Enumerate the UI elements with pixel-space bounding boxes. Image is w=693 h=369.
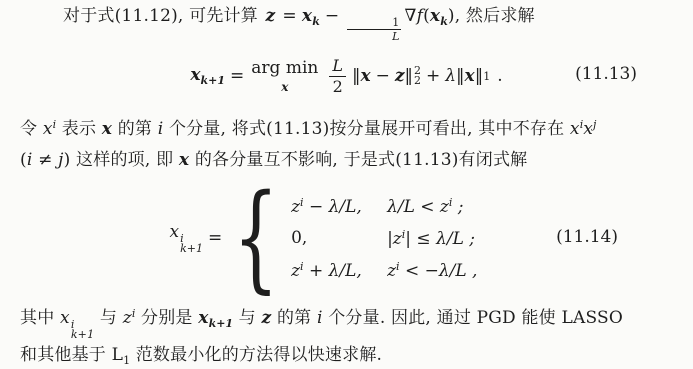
vector-x-k+1: xk+1 xyxy=(198,308,233,328)
plus-sign: + xyxy=(426,66,440,86)
p3-line-2: 和其他基于 L1 范数最小化的方法得以快速求解. xyxy=(20,340,676,369)
vector-x-k: xk xyxy=(302,6,320,26)
x-k+1-sup-i: xik+1 xyxy=(60,308,94,328)
x-sup-i-2: xi xyxy=(570,119,583,139)
paragraph-componentwise: 令 xi 表示 x 的第 i 个分量, 将式(11.13)按分量展开可看出, 其… xyxy=(20,109,676,176)
argmin-operator: arg min x xyxy=(251,60,318,93)
p1-text-before: 对于式(11.12), 可先计算 xyxy=(63,6,264,26)
norm-sup-sub: 22 xyxy=(414,66,421,86)
lambda-symbol: λ xyxy=(445,66,456,86)
x-sup-j: xj xyxy=(583,119,596,139)
p1-text-after: , 然后求解 xyxy=(455,6,535,26)
eq-number-11-14: (11.14) xyxy=(556,227,618,247)
cases-grid: zi − λ/L, λ/L < zi ; 0, |zi| ≤ λ/L ; zi … xyxy=(291,196,477,281)
paragraph-intro: 对于式(11.12), 可先计算 z=xk−1L∇f(xk), 然后求解 xyxy=(20,1,676,43)
minus-sign: − xyxy=(325,6,339,26)
equation-11-14: xik+1 = { zi − λ/L, λ/L < zi ; 0, |zi| ≤… xyxy=(0,186,693,290)
cases-brace: { xyxy=(233,180,279,296)
eq14-formula: xik+1 = { zi − λ/L, λ/L < zi ; 0, |zi| ≤… xyxy=(170,180,478,296)
eq13-formula: xk+1 = arg min x L 2 ‖x−z‖22 + λ ‖x‖1 . xyxy=(190,57,502,95)
l2-norm-term: ‖x−z‖22 xyxy=(352,66,421,86)
case1-condition: λ/L < zi ; xyxy=(387,196,477,217)
paragraph-conclusion: 其中 xik+1 与 zi 分别是 xk+1 与 z 的第 i 个分量. 因此,… xyxy=(20,298,676,369)
p2-line-2: (i ≠ j) 这样的项, 即 x 的各分量互不影响, 于是式(11.13)有闭… xyxy=(20,145,676,176)
case2-value: 0, xyxy=(291,228,377,249)
vector-x: x xyxy=(179,150,189,170)
z-sup-i: zi xyxy=(123,308,136,328)
L1-norm-label: L1 xyxy=(112,345,131,365)
eq-number-11-13: (11.13) xyxy=(575,64,637,84)
textbook-page: 对于式(11.12), 可先计算 z=xk−1L∇f(xk), 然后求解 xk+… xyxy=(0,0,693,369)
x-sup-i: xi xyxy=(43,119,56,139)
case3-condition: zi < −λ/L , xyxy=(387,260,477,281)
fraction-L-over-2: L 2 xyxy=(329,57,346,95)
equals-sign: = xyxy=(208,228,222,248)
not-equal-sign: ≠ xyxy=(32,150,58,170)
period: . xyxy=(497,66,502,86)
equals-sign: = xyxy=(230,66,244,86)
case3-value: zi + λ/L, xyxy=(291,260,377,281)
p2-line-1: 令 xi 表示 x 的第 i 个分量, 将式(11.13)按分量展开可看出, 其… xyxy=(20,109,676,145)
vector-z: z xyxy=(266,6,276,26)
case2-condition: |zi| ≤ λ/L ; xyxy=(387,228,477,249)
vector-x-k+1: xk+1 xyxy=(190,65,225,87)
x-k+1-sup-i: xik+1 xyxy=(170,222,203,254)
equals-sign: = xyxy=(282,6,296,26)
equation-11-13: xk+1 = arg min x L 2 ‖x−z‖22 + λ ‖x‖1 . … xyxy=(0,48,693,104)
vector-x: x xyxy=(102,119,112,139)
vector-x-k-2: xk xyxy=(430,6,448,26)
case1-value: zi − λ/L, xyxy=(291,196,377,217)
vector-z: z xyxy=(262,308,272,328)
p3-line-1: 其中 xik+1 与 zi 分别是 xk+1 与 z 的第 i 个分量. 因此,… xyxy=(20,298,676,340)
nabla-symbol: ∇ xyxy=(404,6,416,26)
l1-norm-term: ‖x‖1 xyxy=(456,66,490,86)
fraction-1-over-L: 1L xyxy=(347,17,401,43)
